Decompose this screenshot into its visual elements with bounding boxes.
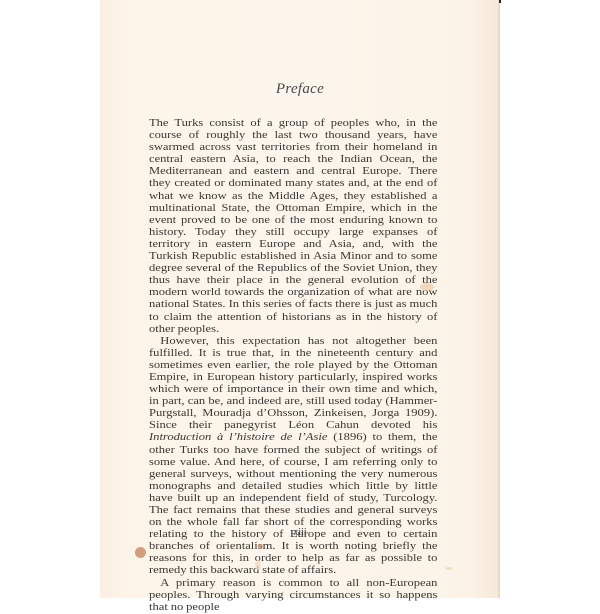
foxing-stain: [258, 544, 263, 549]
paragraph-2: However, this expectation has not altoge…: [149, 336, 437, 578]
book-title-citation: Introduction à l’histoire de l’Asie: [149, 432, 327, 443]
paragraph-3: A primary reason is common to all non-Eu…: [149, 578, 437, 600]
paragraph-3-text: A primary reason is common to all non-Eu…: [149, 578, 437, 600]
paragraph-1-text: The Turks consist of a group of peoples …: [149, 118, 437, 335]
page-number: xiii: [100, 527, 500, 538]
foxing-stain: [445, 567, 453, 570]
foxing-stain: [420, 283, 434, 291]
paragraph-2-text-a: However, this expectation has not altoge…: [149, 336, 437, 432]
foxing-stain: [255, 560, 261, 570]
paragraph-1: The Turks consist of a group of peoples …: [149, 118, 437, 336]
book-page: Preface The Turks consist of a group of …: [100, 0, 500, 598]
paragraph-2-text-b: (1896) to them, the other Turks too have…: [149, 432, 437, 576]
foxing-stain: [135, 547, 146, 558]
page-title: Preface: [100, 81, 500, 98]
